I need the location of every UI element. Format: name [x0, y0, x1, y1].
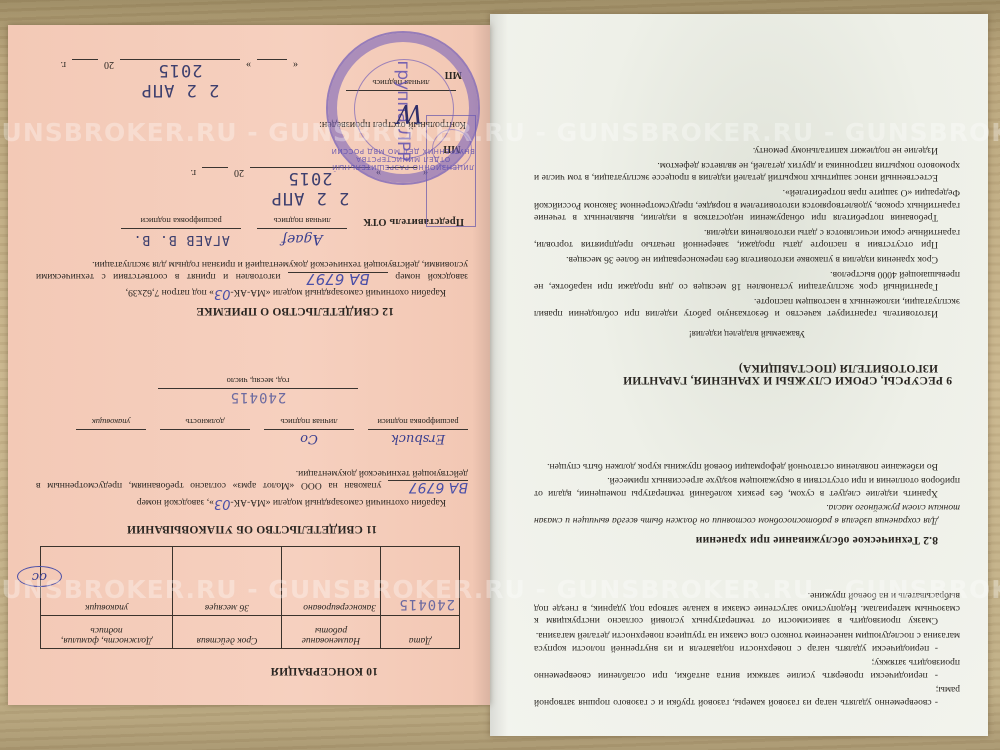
- year-prefix: 20: [234, 167, 244, 178]
- table-cell-term: 36 месяцев: [173, 547, 282, 616]
- acceptance-statement: Карабин охотничий самозарядный модели «М…: [36, 285, 468, 299]
- section-9-title: 9 РЕСУРСЫ, СРОКИ СЛУЖБЫ И ХРАНЕНИЯ, ГАРА…: [534, 374, 952, 386]
- quote: »: [246, 59, 251, 70]
- section-11-title: 11 СВИДЕТЕЛЬСТВО ОБ УПАКОВЫВАНИИ: [36, 523, 468, 535]
- table-header: Дата: [381, 616, 460, 649]
- signature-label: упаковщик: [76, 417, 146, 430]
- table-header: Срок действия: [173, 616, 282, 649]
- packing-date-value: 240415: [158, 389, 358, 405]
- signature-label: личная подпись: [257, 216, 347, 229]
- table-header: Должность, фамилия, подпись: [41, 616, 173, 649]
- model-suffix-handwritten: 03: [214, 496, 231, 511]
- serial-number-handwritten: ВА 6797: [288, 272, 388, 286]
- signature-label: должность: [160, 417, 250, 430]
- statement-text: Карабин охотничий самозарядный модели «М…: [230, 497, 446, 508]
- conservation-table: Дата Наименование работы Срок действия Д…: [40, 546, 460, 649]
- table-cell-work: Законсервировано: [282, 547, 381, 616]
- owner-greeting: Уважаемый владелец изделия!: [534, 327, 960, 340]
- statement-text: », заводской номер: [137, 497, 214, 508]
- signature-label: расшифровка подписи: [121, 216, 241, 229]
- paragraph: При отсутствии в паспорте даты продажи, …: [534, 225, 960, 250]
- quote: «: [293, 59, 298, 70]
- packing-statement: Карабин охотничий самозарядный модели «М…: [36, 495, 468, 509]
- page-warranty: - своевременно удалять нагар из газовой …: [490, 14, 988, 736]
- packer-signature-row: Ersbuck расшифровка подписи Co личная по…: [36, 417, 468, 446]
- section-9-title-line2: ИЗГОТОВИТЕЛЯ (ПОСТАВЩИКА): [534, 362, 938, 374]
- maintenance-list: - своевременно удалять нагар из газовой …: [534, 589, 960, 708]
- packing-statement-cont: ВА 6797 упакован на ООО «Молот армз» сог…: [36, 466, 468, 493]
- paragraph: Требования потребителя при обнаружении н…: [534, 185, 960, 223]
- maintenance-item: - периодически проверять усилие затяжки …: [534, 656, 960, 681]
- table-header: Наименование работы: [282, 616, 381, 649]
- maintenance-item: - периодически удалять нагар с поверхнос…: [534, 628, 960, 653]
- paragraph: Срок хранения изделия в упаковке изготов…: [534, 252, 960, 265]
- paragraph: Во избежание появления остаточной деформ…: [534, 459, 960, 472]
- paragraph: Гарантийный срок эксплуатации установлен…: [534, 267, 960, 292]
- section-9: 9 РЕСУРСЫ, СРОКИ СЛУЖБЫ И ХРАНЕНИЯ, ГАРА…: [534, 144, 960, 386]
- paragraph: Естественный износ защитных покрытий дет…: [534, 158, 960, 183]
- signature-label: расшифровка подписи: [368, 417, 468, 430]
- paragraph: Для сохранения изделия в работоспособном…: [534, 501, 960, 526]
- statement-text: Карабин охотничий самозарядный модели «М…: [230, 287, 446, 298]
- section-10: 10 КОНСЕРВАЦИЯ Дата Наименование работы …: [36, 546, 468, 677]
- otk-signature-row: Представитель ОТК Agaef личная подпись А…: [36, 216, 468, 247]
- packer-label: упаковщик: [85, 602, 128, 612]
- year-suffix: г.: [61, 59, 66, 70]
- signature: W: [396, 98, 423, 128]
- paragraph: Изготовитель гарантирует качество и безо…: [534, 294, 960, 319]
- signature: Agaef: [257, 229, 347, 247]
- serial-number-handwritten: ВА 6797: [388, 480, 468, 494]
- table-cell-signature: упаковщик oc: [41, 547, 173, 616]
- signature: oc: [17, 566, 62, 587]
- signature: Co: [264, 430, 354, 446]
- section-8-2: 8.2 Техническое обслуживание при хранени…: [534, 459, 960, 546]
- signature-label: личная подпись: [264, 417, 354, 430]
- model-suffix-handwritten: 03: [214, 286, 231, 301]
- table-cell-date: 240415: [381, 547, 460, 616]
- control-date-row: « » 2 2 АПР 2015 20 г.: [61, 59, 298, 100]
- date-label: год, месяц, число: [158, 376, 358, 389]
- section-8-2-title: 8.2 Техническое обслуживание при хранени…: [534, 534, 938, 546]
- official-round-stamp: ЛИЦЕНЗИОННО-РАЗРЕШИТЕЛЬНЫЙ ОТДЕЛ МИНИСТЕ…: [326, 31, 480, 185]
- control-date-stamp: 2 2 АПР 2015: [120, 59, 240, 100]
- acceptance-date-stamp: 2 2 АПР 2015: [250, 167, 370, 208]
- packing-date: 240415 год, месяц, число: [158, 376, 358, 405]
- acceptance-statement-cont: заводской номер ВА 6797 изготовлен и при…: [36, 257, 468, 285]
- passport-booklet: - своевременно удалять нагар из газовой …: [0, 0, 1000, 750]
- lubrication-paragraph: Смазку производить в зависимости от темп…: [534, 589, 960, 627]
- section-12: 12 СВИДЕТЕЛЬСТВО О ПРИЕМКЕ Карабин охотн…: [36, 167, 468, 317]
- statement-text: » под патрон 7,62x39,: [126, 287, 214, 298]
- paragraph: Хранить изделие следует в сухом, без рез…: [534, 474, 960, 499]
- section-10-title: 10 КОНСЕРВАЦИЯ: [36, 665, 468, 677]
- year-prefix: 20: [104, 59, 114, 70]
- maintenance-item: - своевременно удалять нагар из газовой …: [534, 683, 960, 708]
- signature: Ersbuck: [368, 430, 468, 446]
- year-suffix: г.: [191, 167, 196, 178]
- paragraph: Изделие не подлежит капитальному ремонту…: [534, 144, 960, 157]
- gutter-shadow: [490, 14, 508, 736]
- page-certificates: 10 КОНСЕРВАЦИЯ Дата Наименование работы …: [8, 25, 490, 705]
- otk-name-stamp: АГАЕВ В. В.: [121, 229, 241, 247]
- table-row: 240415 Законсервировано 36 месяцев упако…: [41, 547, 460, 616]
- section-11: 11 СВИДЕТЕЛЬСТВО ОБ УПАКОВЫВАНИИ Карабин…: [36, 376, 468, 535]
- serial-label: заводской номер: [395, 271, 468, 282]
- section-12-title: 12 СВИДЕТЕЛЬСТВО О ПРИЕМКЕ: [36, 305, 398, 317]
